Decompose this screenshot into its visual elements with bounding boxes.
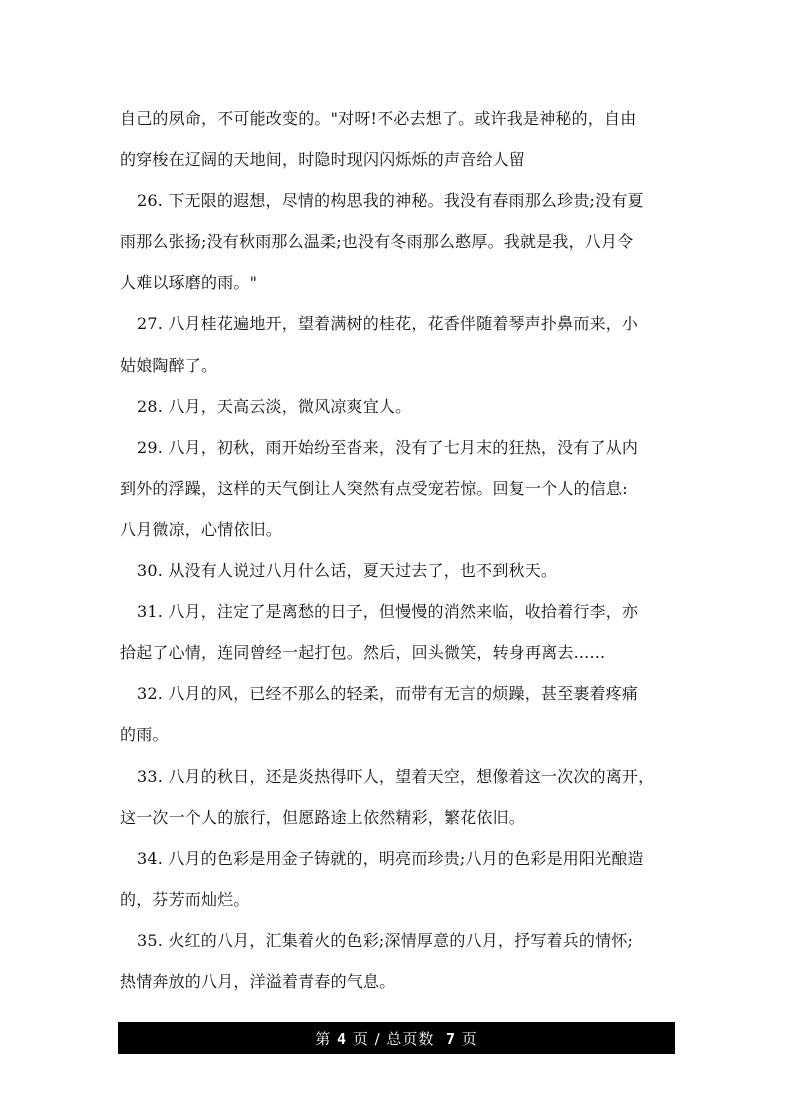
text-line: 的穿梭在辽阔的天地间，时隐时现闪闪烁烁的声音给人留 bbox=[120, 139, 674, 180]
document-page: 自己的夙命，不可能改变的。"对呀!不必去想了。或许我是神秘的，自由 的穿梭在辽阔… bbox=[0, 0, 792, 1120]
text-line: 八月微凉，心情依旧。 bbox=[120, 509, 674, 550]
total-pages-number: 7 bbox=[446, 1030, 456, 1048]
list-item-32: 32. 八月的风，已经不那么的轻柔，而带有无言的烦躁，甚至裹着疼痛 bbox=[120, 673, 674, 714]
list-item-30: 30. 从没有人说过八月什么话，夏天过去了，也不到秋天。 bbox=[120, 550, 674, 591]
text-line: 姑娘陶醉了。 bbox=[120, 345, 674, 386]
list-item-29: 29. 八月，初秋，雨开始纷至沓来，没有了七月末的狂热，没有了从内 bbox=[120, 427, 674, 468]
text-line: 人难以琢磨的雨。" bbox=[120, 262, 674, 303]
list-item-35: 35. 火红的八月，汇集着火的色彩;深情厚意的八月，抒写着兵的情怀; bbox=[120, 920, 674, 961]
list-item-34: 34. 八月的色彩是用金子铸就的，明亮而珍贵;八月的色彩是用阳光酿造 bbox=[120, 838, 674, 879]
page-indicator: 第 4 页 / 总页数 7 页 bbox=[315, 1028, 478, 1049]
text-line: 雨那么张扬;没有秋雨那么温柔;也没有冬雨那么憨厚。我就是我，八月令 bbox=[120, 221, 674, 262]
list-item-28: 28. 八月，天高云淡，微风凉爽宜人。 bbox=[120, 386, 674, 427]
page-footer-bar: 第 4 页 / 总页数 7 页 bbox=[118, 1022, 675, 1054]
list-item-27: 27. 八月桂花遍地开，望着满树的桂花，花香伴随着琴声扑鼻而来，小 bbox=[120, 303, 674, 344]
list-item-26: 26. 下无限的遐想，尽情的构思我的神秘。我没有春雨那么珍贵;没有夏 bbox=[120, 180, 674, 221]
current-page-number: 4 bbox=[337, 1030, 347, 1048]
list-item-31: 31. 八月，注定了是离愁的日子，但慢慢的消然来临，收拾着行李，亦 bbox=[120, 591, 674, 632]
text-line: 的，芬芳而灿烂。 bbox=[120, 879, 674, 920]
text-line: 自己的夙命，不可能改变的。"对呀!不必去想了。或许我是神秘的，自由 bbox=[120, 98, 674, 139]
text-line: 热情奔放的八月，洋溢着青春的气息。 bbox=[120, 961, 674, 1002]
text-line: 这一次一个人的旅行，但愿路途上依然精彩，繁花依旧。 bbox=[120, 797, 674, 838]
text-line: 的雨。 bbox=[120, 714, 674, 755]
text-line: 到外的浮躁，这样的天气倒让人突然有点受宠若惊。回复一个人的信息: bbox=[120, 468, 674, 509]
document-body: 自己的夙命，不可能改变的。"对呀!不必去想了。或许我是神秘的，自由 的穿梭在辽阔… bbox=[120, 98, 674, 1002]
page-prefix: 第 bbox=[315, 1030, 337, 1048]
page-suffix: 页 bbox=[456, 1030, 478, 1048]
list-item-33: 33. 八月的秋日，还是炎热得吓人，望着天空，想像着这一次次的离开， bbox=[120, 756, 674, 797]
text-line: 拾起了心情，连同曾经一起打包。然后，回头微笑，转身再离去...... bbox=[120, 632, 674, 673]
page-middle: 页 / 总页数 bbox=[347, 1030, 446, 1048]
